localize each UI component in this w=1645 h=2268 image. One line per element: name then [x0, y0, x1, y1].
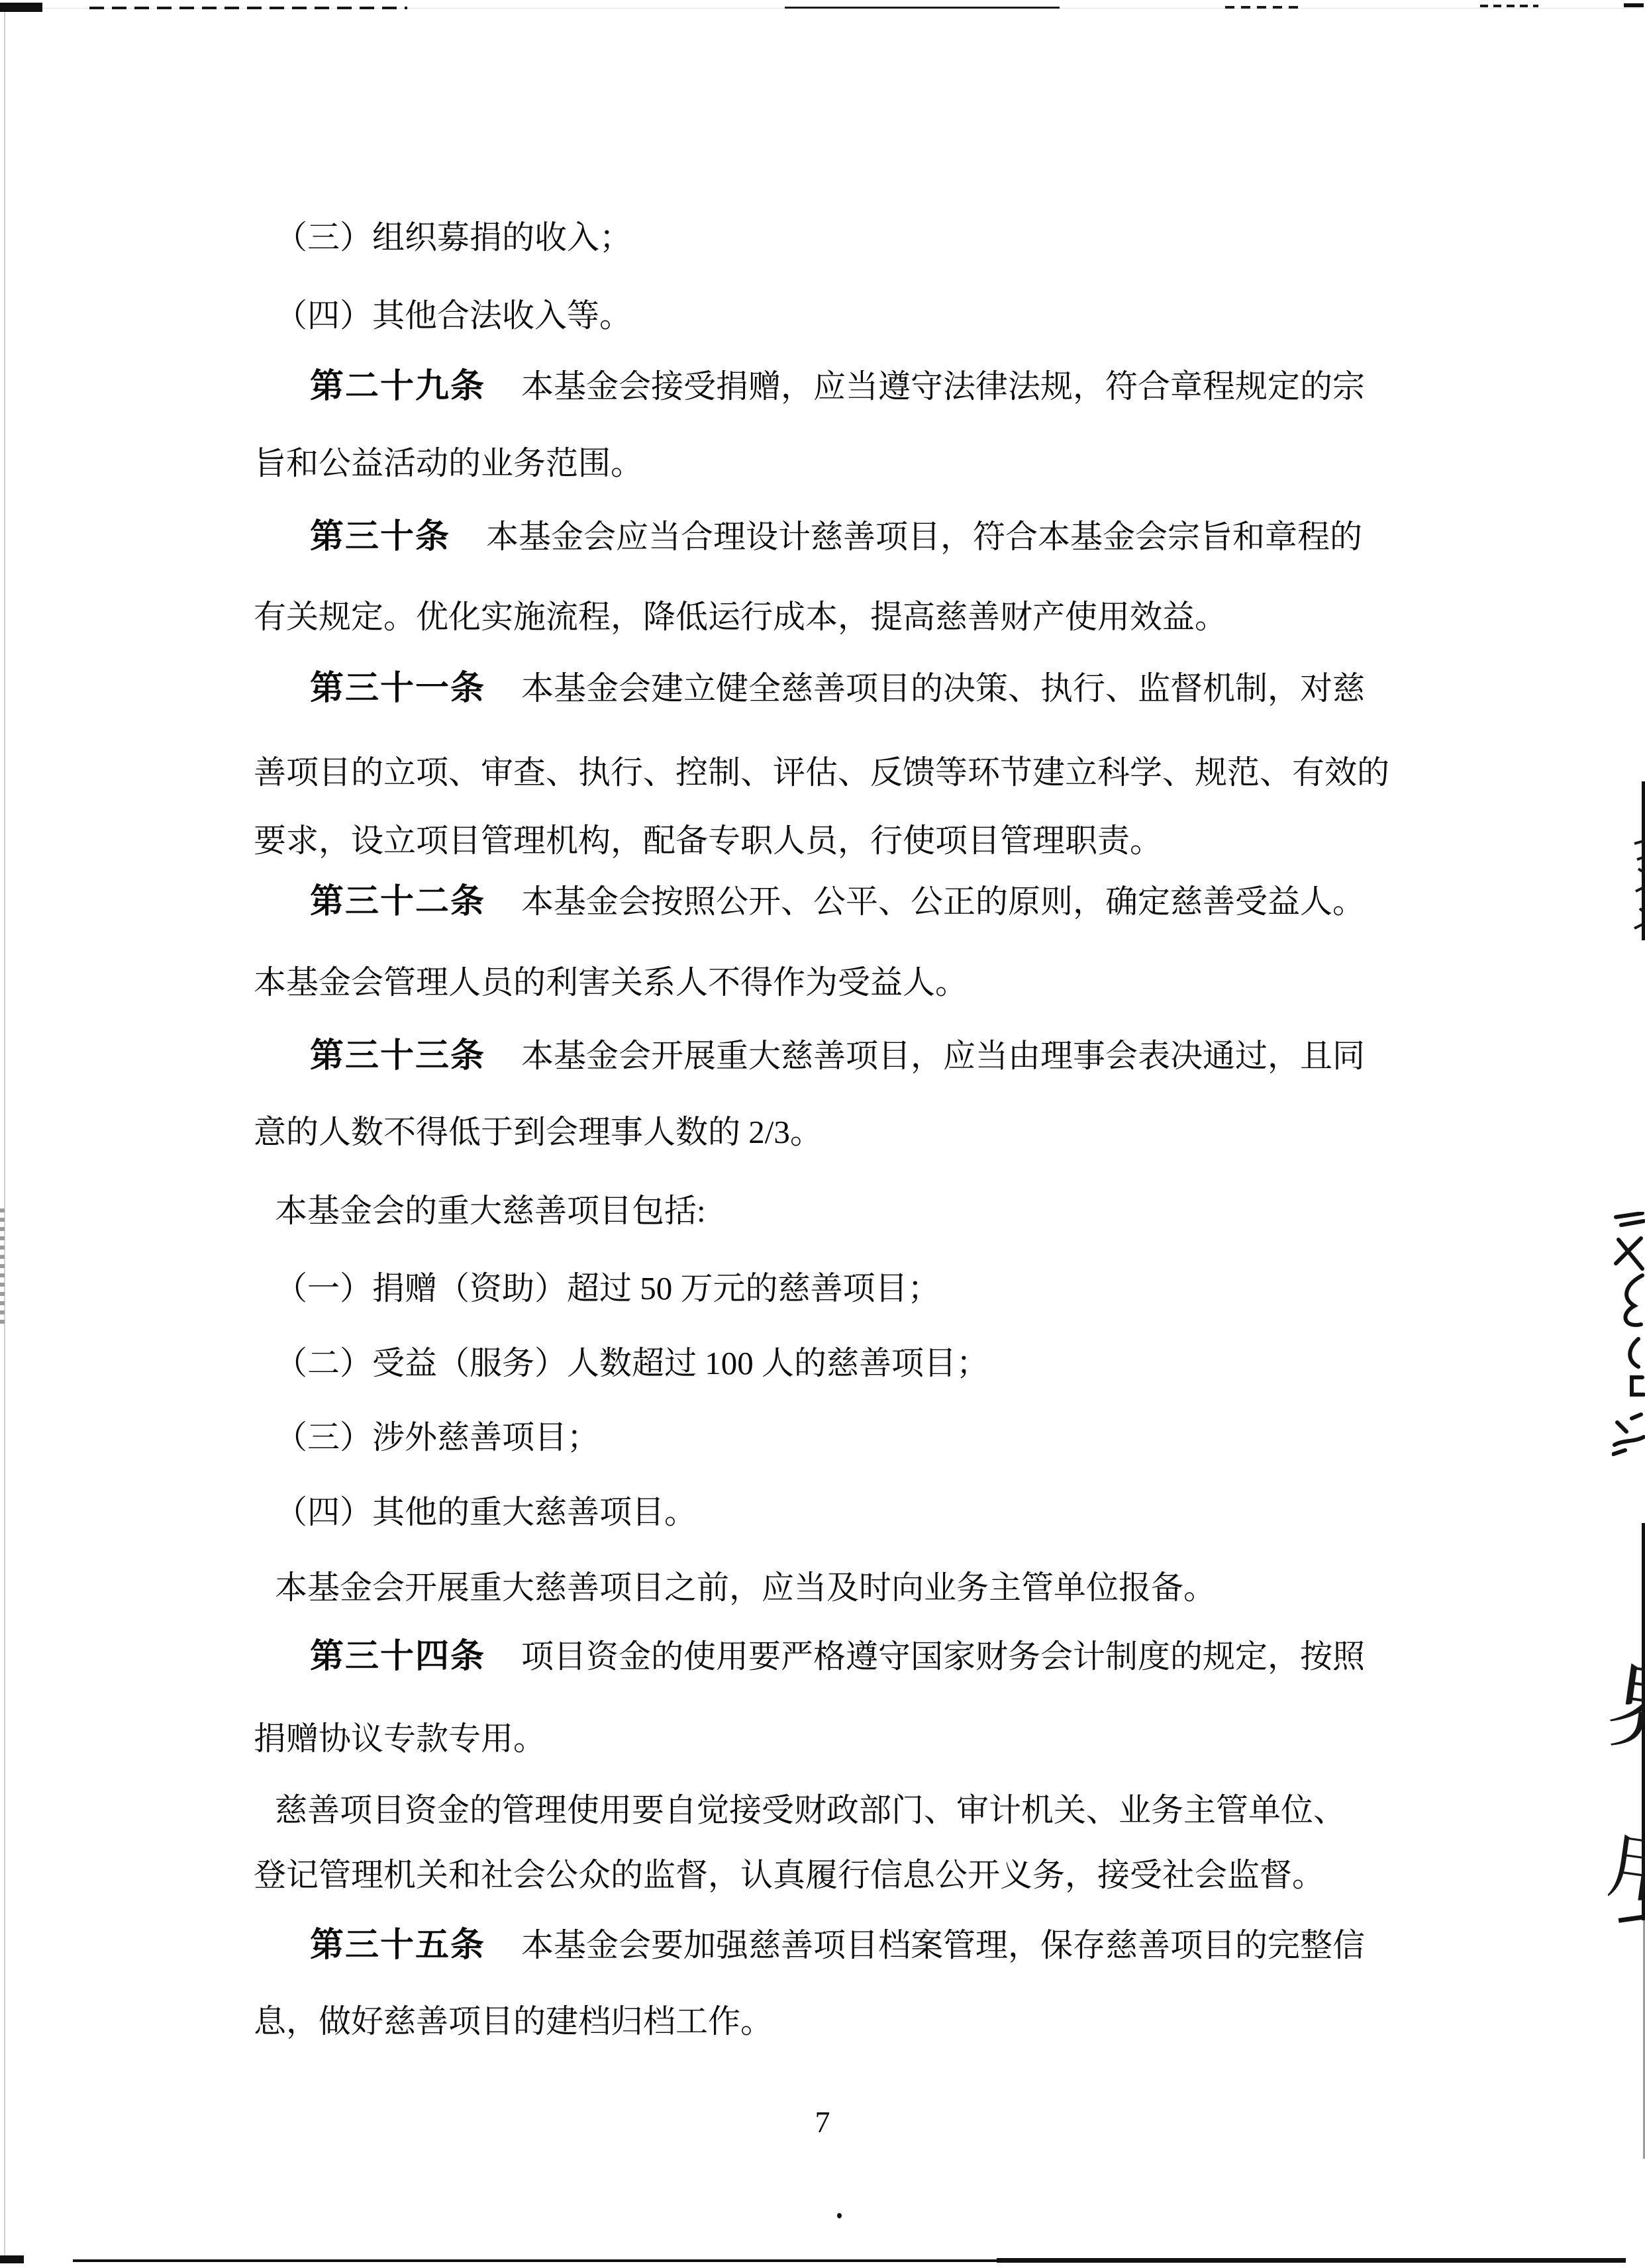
list-item-line: （一）捐赠（资助）超过 50 万元的慈善项目； [275, 1271, 940, 1307]
body-line: 登记管理机关和社会公众的监督，认真履行信息公开义务，接受社会监督。 [254, 1857, 1324, 1893]
scan-artifact-bottom-line [997, 2258, 1626, 2263]
list-item-line: （二）受益（服务）人数超过 100 人的慈善项目； [275, 1346, 989, 1381]
body-line: 善项目的立项、审查、执行、控制、评估、反馈等环节建立科学、规范、有效的 [254, 755, 1389, 791]
paragraph-line: 本基金会开展重大慈善项目之前，应当及时向业务主管单位报备。 [275, 1570, 1216, 1606]
list-item-line: （三）涉外慈善项目； [275, 1420, 599, 1455]
article-text: 本基金会建立健全慈善项目的决策、执行、监督机制，对慈 [521, 670, 1365, 707]
margin-character-lower: 用 [1608, 1832, 1645, 1912]
article-text: 本基金会按照公开、公平、公正的原则，确定慈善受益人。 [521, 883, 1365, 920]
article-line: 第三十条本基金会应当合理设计慈善项目，符合本基金会宗旨和章程的 [310, 518, 1362, 556]
body-line: 捐赠协议专款专用。 [254, 1721, 546, 1757]
scan-artifact-left-ticks [0, 1208, 5, 1328]
scan-artifact-bottom-line [73, 2259, 997, 2262]
article-line: 第三十二条本基金会按照公开、公平、公正的原则，确定慈善受益人。 [310, 883, 1365, 920]
scan-frame-left-line [4, 8, 5, 2257]
article-text: 本基金会接受捐赠，应当遵守法律法规，符合章程规定的宗 [521, 368, 1365, 405]
margin-character-upper: 界 [1608, 1661, 1645, 1767]
article-text: 本基金会要加强慈善项目档案管理，保存慈善项目的完整信 [521, 1927, 1365, 1963]
margin-scribble-specks [1632, 840, 1645, 939]
scan-artifact-top-dashes [89, 7, 407, 9]
scan-artifact-top-dashes [1225, 6, 1301, 9]
body-line: 本基金会管理人员的利害关系人不得作为受益人。 [254, 965, 968, 1001]
body-line: 要求，设立项目管理机构，配备专职人员，行使项目管理职责。 [254, 823, 1162, 859]
article-text: 项目资金的使用要严格遵守国家财务会计制度的规定，按照 [521, 1638, 1365, 1675]
scan-artifact-top-left [0, 3, 42, 12]
scan-artifact-top-line [785, 7, 1060, 9]
article-line: 第三十五条本基金会要加强慈善项目档案管理，保存慈善项目的完整信 [310, 1927, 1365, 1964]
list-item-line: （三）组织募捐的收入； [275, 220, 632, 256]
article-number: 第三十条 [310, 517, 450, 556]
article-number: 第三十五条 [310, 1926, 485, 1965]
margin-scribble-cursive [1612, 1212, 1645, 1458]
page-number: 7 [0, 2104, 1645, 2140]
body-line: 息，做好慈善项目的建档归档工作。 [254, 2004, 773, 2040]
paragraph-line: 慈善项目资金的管理使用要自觉接受财政部门、审计机关、业务主管单位、 [275, 1793, 1346, 1828]
scan-artifact-bottom-left [0, 2255, 24, 2263]
article-number: 第二十九条 [310, 367, 485, 406]
article-number: 第三十二条 [310, 882, 485, 921]
article-number: 第三十四条 [310, 1637, 485, 1676]
article-text: 本基金会应当合理设计慈善项目，符合本基金会宗旨和章程的 [486, 518, 1362, 555]
article-line: 第三十一条本基金会建立健全慈善项目的决策、执行、监督机制，对慈 [310, 670, 1365, 707]
list-item-line: （四）其他合法收入等。 [275, 298, 632, 334]
article-number: 第三十一条 [310, 669, 485, 708]
scan-artifact-top-mark [1624, 3, 1644, 7]
body-line: 旨和公益活动的业务范围。 [254, 446, 643, 481]
article-line: 第二十九条本基金会接受捐赠，应当遵守法律法规，符合章程规定的宗 [310, 368, 1365, 405]
article-line: 第三十三条本基金会开展重大慈善项目，应当由理事会表决通过，且同 [310, 1038, 1365, 1075]
scan-artifact-speck [837, 2213, 842, 2218]
paragraph-line: 本基金会的重大慈善项目包括: [275, 1193, 706, 1229]
article-line: 第三十四条项目资金的使用要严格遵守国家财务会计制度的规定，按照 [310, 1638, 1365, 1675]
article-text: 本基金会开展重大慈善项目，应当由理事会表决通过，且同 [521, 1038, 1365, 1074]
article-number: 第三十三条 [310, 1036, 485, 1075]
scan-artifact-top-dashes [1480, 5, 1538, 7]
body-line: 意的人数不得低于到会理事人数的 2/3。 [254, 1114, 823, 1150]
body-line: 有关规定。优化实施流程，降低运行成本，提高慈善财产使用效益。 [254, 599, 1227, 635]
list-item-line: （四）其他的重大慈善项目。 [275, 1495, 697, 1530]
margin-underline-mark [1619, 1914, 1645, 1922]
scanned-document-page: （三）组织募捐的收入； （四）其他合法收入等。 第二十九条本基金会接受捐赠，应当… [0, 0, 1645, 2268]
